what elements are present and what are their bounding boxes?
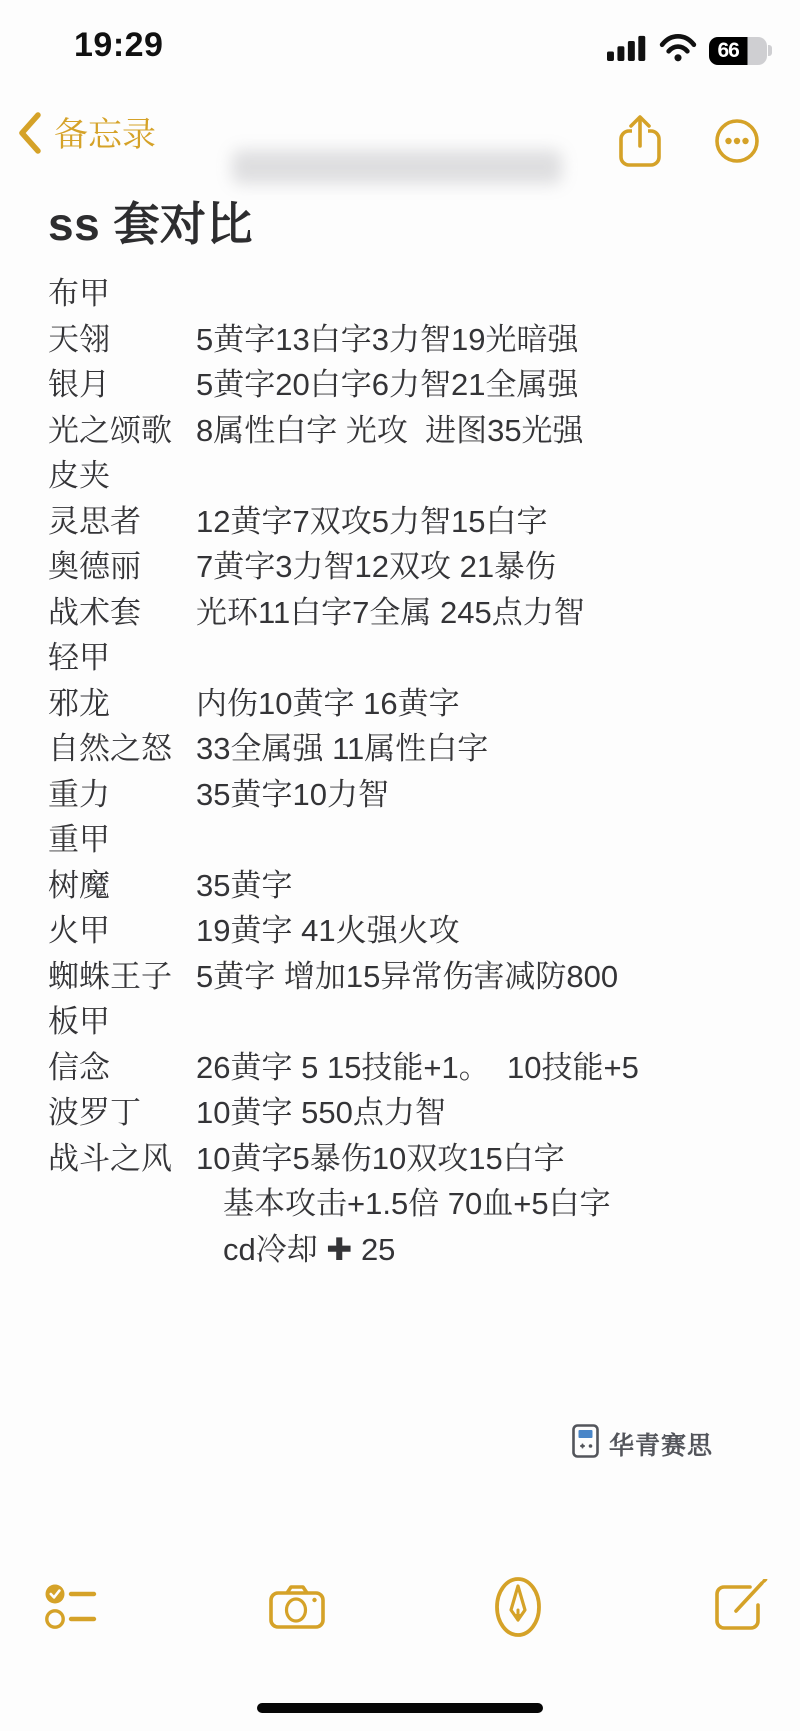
battery-nub [768, 45, 772, 56]
set-name: 重甲 [48, 814, 196, 859]
cellular-signal-icon [607, 34, 647, 67]
set-stats: 基本攻击+1.5倍 70血+5白字 [223, 1178, 611, 1223]
note-line: 波罗丁 10黄字 550点力智 [48, 1087, 770, 1133]
compose-icon [712, 1623, 770, 1638]
compose-button[interactable] [708, 1575, 774, 1639]
status-icons: 66 [607, 34, 772, 67]
note-line: 邪龙 内伤10黄字 16黄字 [48, 678, 770, 724]
note-line: 基本攻击+1.5倍 70血+5白字 [48, 1178, 770, 1224]
set-name: 邪龙 [48, 678, 196, 723]
set-stats: 19黄字 41火强火攻 [196, 905, 460, 950]
note-line: 火甲 19黄字 41火强火攻 [48, 905, 770, 951]
battery-percent: 66 [709, 39, 747, 63]
note-body[interactable]: ss 套对比 布甲 天翎 5黄字13白字3力智19光暗强 银月 5黄字20白字6… [48, 188, 770, 1269]
set-name: 蜘蛛王子 [48, 951, 196, 996]
set-name: 布甲 [48, 268, 196, 313]
note-line: 天翎 5黄字13白字3力智19光暗强 [48, 314, 770, 360]
back-button[interactable]: 备忘录 [18, 108, 156, 162]
set-stats: 光环11白字7全属 245点力智 [196, 587, 585, 632]
status-time: 19:29 [74, 26, 163, 65]
back-label: 备忘录 [54, 108, 156, 162]
set-name: 波罗丁 [48, 1087, 196, 1132]
markup-button[interactable] [489, 1572, 547, 1642]
note-line: 战斗之风 10黄字5暴伤10双攻15白字 [48, 1133, 770, 1179]
ellipsis-icon [714, 152, 760, 167]
set-name: 战斗之风 [48, 1133, 196, 1178]
nav-bar: 备忘录 [0, 100, 800, 170]
note-line: 板甲 [48, 996, 770, 1042]
note-line: 布甲 [48, 268, 770, 314]
note-title: ss 套对比 [48, 188, 770, 254]
chevron-left-icon [18, 112, 42, 159]
share-icon [618, 156, 662, 171]
note-line: 奥德丽 7黄字3力智12双攻 21暴伤 [48, 541, 770, 587]
note-line: 灵思者 12黄字7双攻5力智15白字 [48, 496, 770, 542]
set-name: 皮夹 [48, 450, 196, 495]
set-name: 战术套 [48, 587, 196, 632]
checklist-icon [44, 1619, 100, 1634]
set-stats: 10黄字5暴伤10双攻15白字 [196, 1133, 565, 1178]
share-button[interactable] [614, 110, 666, 172]
more-button[interactable] [710, 114, 764, 168]
camera-icon [269, 1617, 325, 1632]
note-line: cd冷却 ✚ 25 [48, 1224, 770, 1270]
set-name: 灵思者 [48, 496, 196, 541]
set-stats: 10黄字 550点力智 [196, 1087, 446, 1132]
set-name: 信念 [48, 1042, 196, 1087]
watermark-text: 华青赛思 [609, 1426, 713, 1462]
game-console-icon [572, 1424, 599, 1463]
set-stats: 33全属强 11属性白字 [196, 723, 488, 768]
set-name: 轻甲 [48, 632, 196, 677]
set-stats: 内伤10黄字 16黄字 [196, 678, 460, 723]
set-name: 自然之怒 [48, 723, 196, 768]
set-stats: 5黄字20白字6力智21全属强 [196, 359, 578, 404]
set-stats: 26黄字 5 15技能+1。 10技能+5 [196, 1042, 639, 1087]
note-line: 蜘蛛王子 5黄字 增加15异常伤害减防800 [48, 951, 770, 997]
set-name: 光之颂歌 [48, 405, 196, 450]
set-stats: 35黄字10力智 [196, 769, 389, 814]
note-line: 皮夹 [48, 450, 770, 496]
checklist-button[interactable] [40, 1579, 104, 1635]
status-bar: 19:29 66 [0, 0, 800, 70]
battery-icon: 66 [709, 37, 772, 65]
set-name: 银月 [48, 359, 196, 404]
set-stats: 7黄字3力智12双攻 21暴伤 [196, 541, 556, 586]
set-name: 重力 [48, 769, 196, 814]
set-name: 板甲 [48, 996, 196, 1041]
set-stats: 5黄字 增加15异常伤害减防800 [196, 951, 618, 996]
set-stats: 35黄字 [196, 860, 292, 905]
note-line: 信念 26黄字 5 15技能+1。 10技能+5 [48, 1042, 770, 1088]
note-line: 树魔 35黄字 [48, 860, 770, 906]
camera-button[interactable] [265, 1581, 329, 1633]
note-line: 重力 35黄字10力智 [48, 769, 770, 815]
set-stats: 8属性白字 光攻 进图35光强 [196, 405, 584, 450]
wifi-icon [659, 34, 697, 67]
markup-icon [493, 1626, 543, 1641]
note-line: 自然之怒 33全属强 11属性白字 [48, 723, 770, 769]
set-name: 树魔 [48, 860, 196, 905]
set-name: 火甲 [48, 905, 196, 950]
note-line: 银月 5黄字20白字6力智21全属强 [48, 359, 770, 405]
note-lines: 布甲 天翎 5黄字13白字3力智19光暗强 银月 5黄字20白字6力智21全属强… [48, 268, 770, 1269]
note-line: 轻甲 [48, 632, 770, 678]
set-name: 奥德丽 [48, 541, 196, 586]
set-stats: 12黄字7双攻5力智15白字 [196, 496, 547, 541]
note-line: 光之颂歌 8属性白字 光攻 进图35光强 [48, 405, 770, 451]
blurred-watermark [232, 150, 562, 184]
watermark: 华青赛思 [572, 1424, 713, 1463]
set-stats: 5黄字13白字3力智19光暗强 [196, 314, 578, 359]
set-name: 天翎 [48, 314, 196, 359]
home-indicator[interactable] [257, 1703, 543, 1713]
set-stats: cd冷却 ✚ 25 [223, 1224, 395, 1269]
bottom-toolbar [0, 1568, 800, 1646]
note-line: 战术套 光环11白字7全属 245点力智 [48, 587, 770, 633]
note-line: 重甲 [48, 814, 770, 860]
